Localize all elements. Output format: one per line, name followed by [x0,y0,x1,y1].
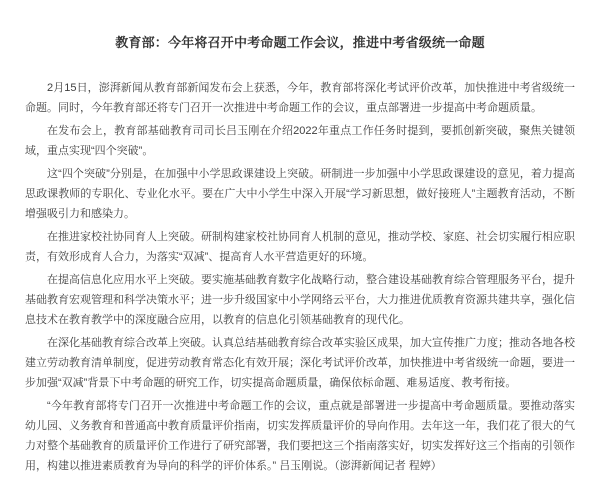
article-paragraph: 在发布会上，教育部基础教育司司长吕玉刚在介绍2022年重点工作任务时提到，要抓创… [25,121,575,161]
article-paragraph: 在提高信息化应用水平上突破。要实施基础教育数字化战略行动，整合建设基础教育综合管… [25,270,575,330]
news-article: 教育部：今年将召开中考命题工作会议，推进中考省级统一命题 2月15日，澎湃新闻从… [0,0,600,481]
article-title: 教育部：今年将召开中考命题工作会议，推进中考省级统一命题 [25,34,575,52]
article-paragraph: 在深化基础教育综合改革上突破。认真总结基础教育综合改革实验区成果，加大宣传推广力… [25,333,575,393]
article-paragraph: “今年教育部将专门召开一次推进中考命题工作的会议，重点就是部署进一步提高中考命题… [25,396,575,476]
article-paragraph: 这“四个突破”分别是，在加强中小学思政课建设上突破。研制进一步加强中小学思政课建… [25,164,575,224]
article-paragraph: 在推进家校社协同育人上突破。研制构建家校社协同育人机制的意见，推动学校、家庭、社… [25,227,575,267]
article-paragraph: 2月15日，澎湃新闻从教育部新闻发布会上获悉，今年，教育部将深化考试评价改革，加… [25,78,575,118]
